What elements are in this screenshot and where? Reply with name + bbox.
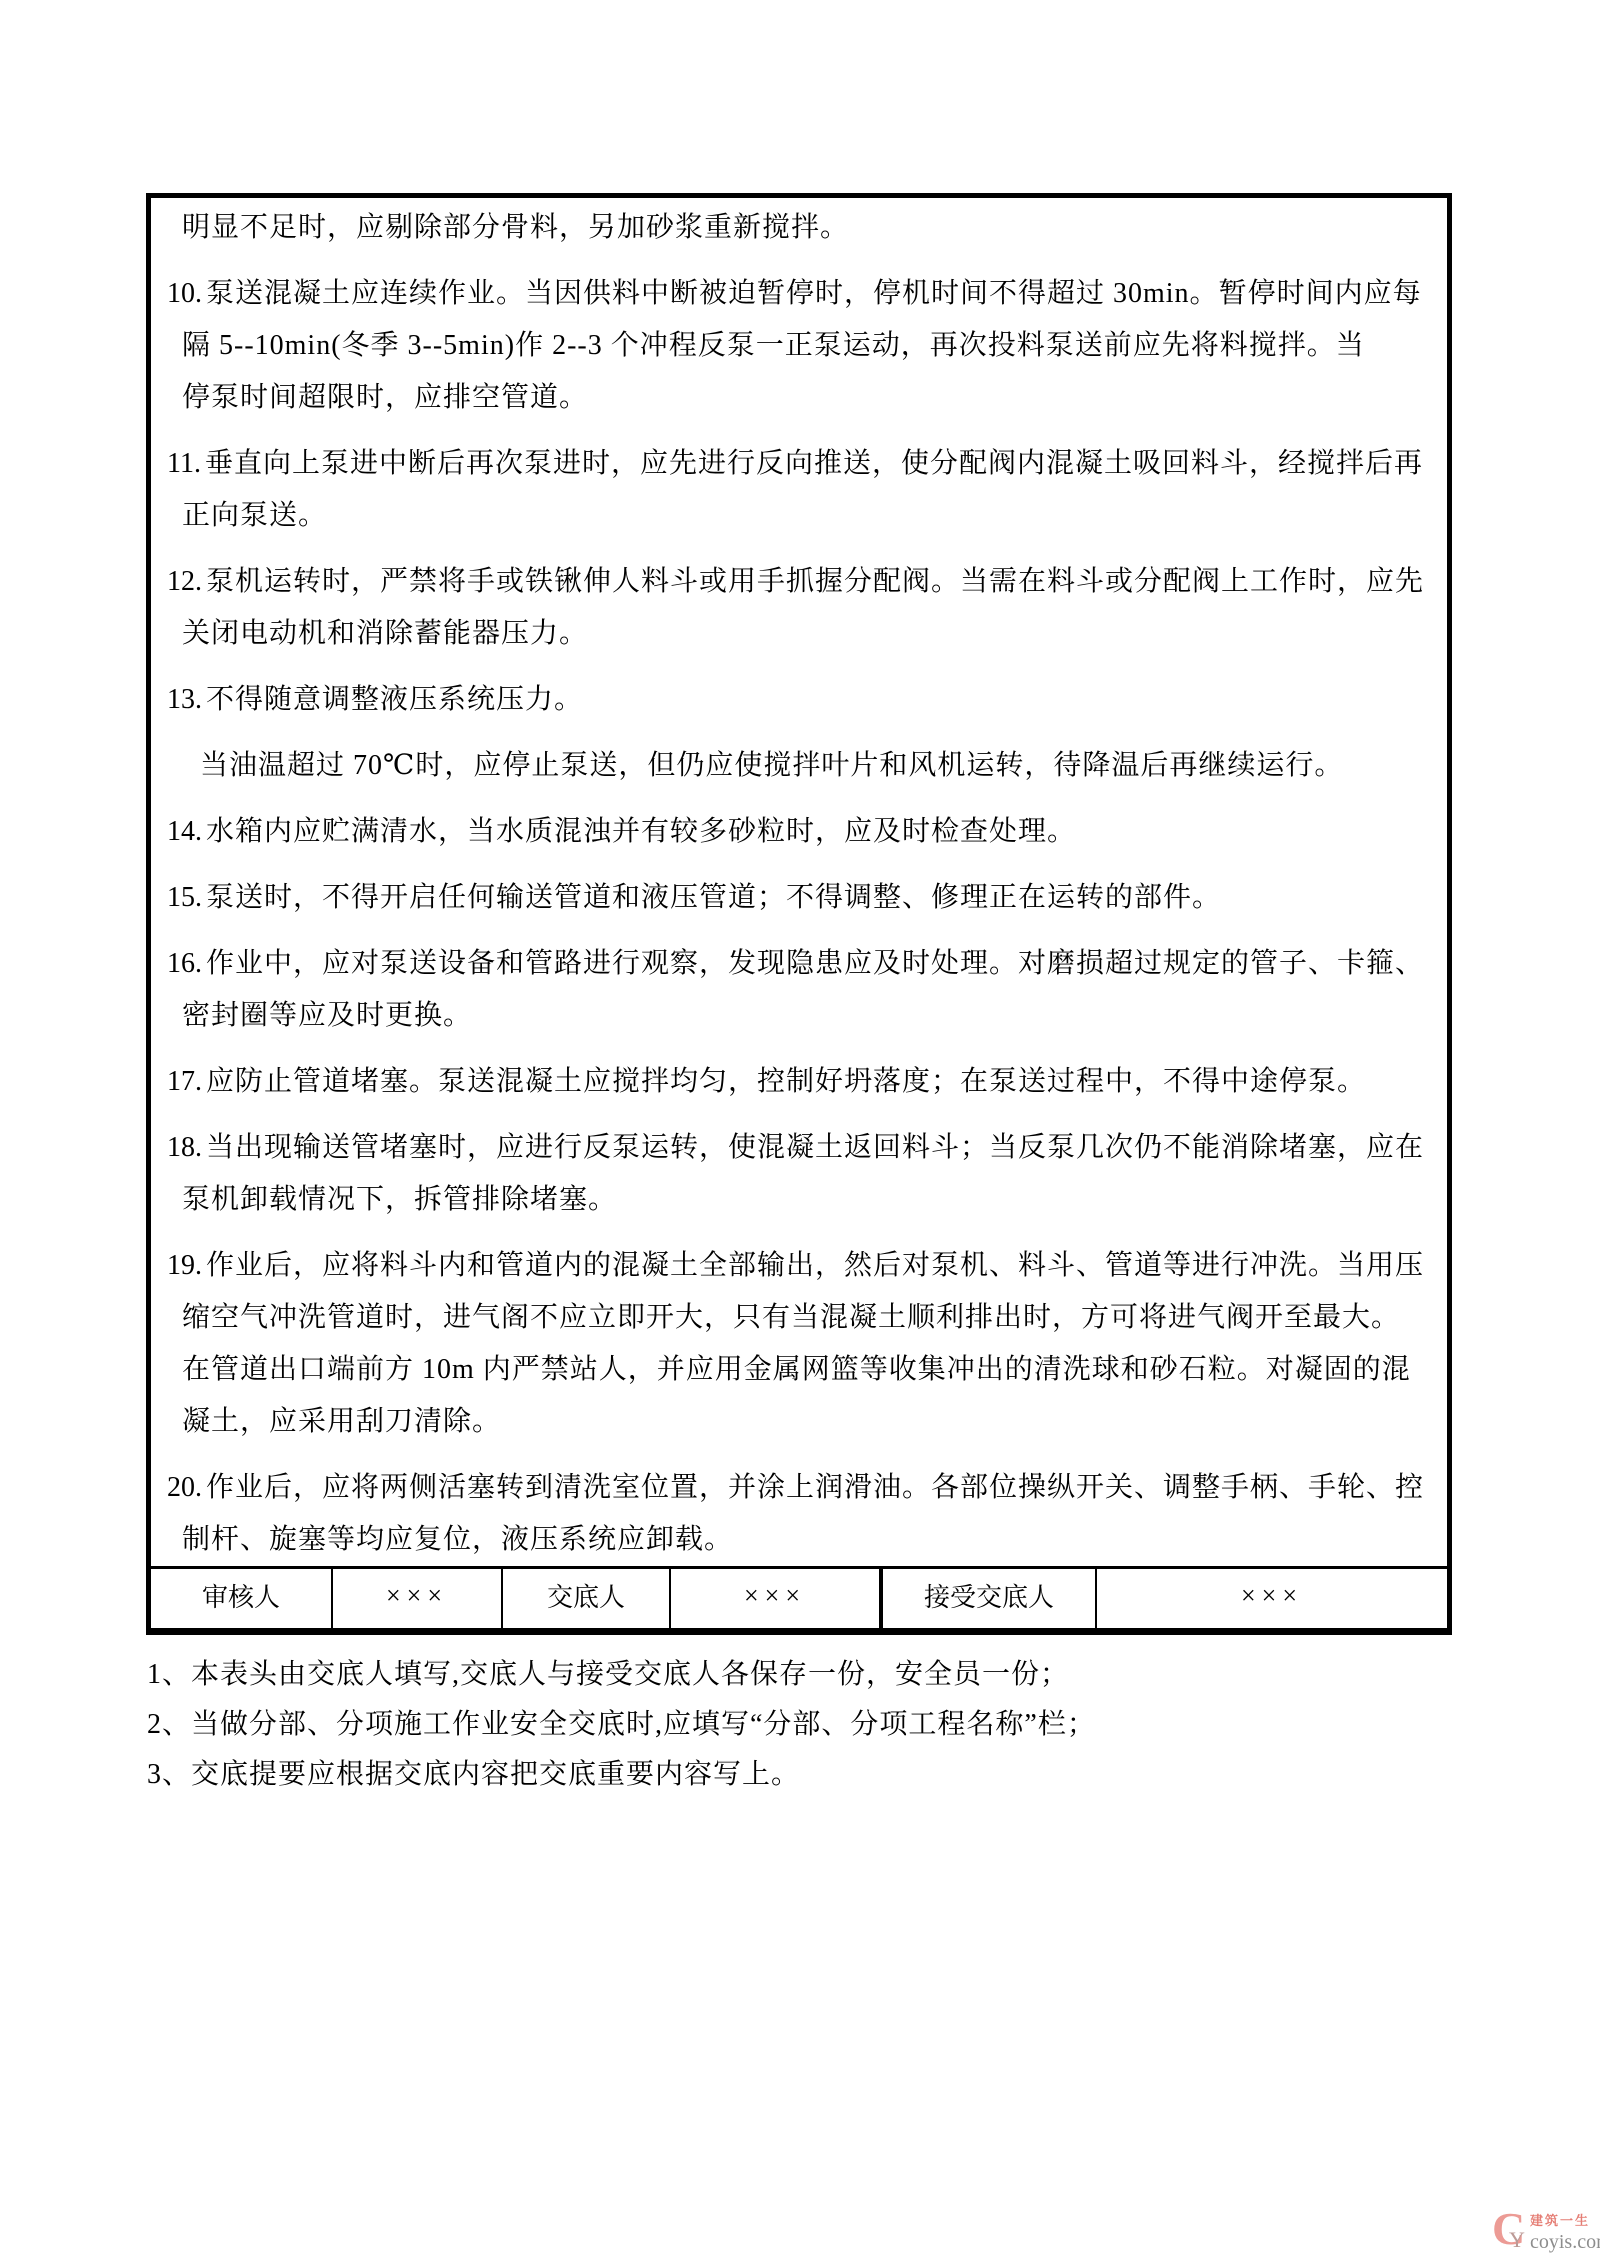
line-text: 作业后，应将两侧活塞转到清洗室位置，并涂上润滑油。各部位操纵开关、调整手柄、手轮… xyxy=(206,1472,1424,1503)
line-text: 水箱内应贮满清水，当水质混浊并有较多砂粒时，应及时检查处理。 xyxy=(206,816,1076,847)
watermark-site: coyis.com xyxy=(1530,2231,1600,2253)
footnotes: 1、本表头由交底人填写,交底人与接受交底人各保存一份，安全员一份； 2、当做分部… xyxy=(147,1650,1467,1800)
body-line: 凝土，应采用刮刀清除。 xyxy=(167,1396,1429,1448)
body-line: 10.泵送混凝土应连续作业。当因供料中断被迫暂停时，停机时间不得超过 30min… xyxy=(167,268,1429,320)
watermark-y-logo-icon: Y xyxy=(1509,2229,1525,2251)
sign-cell-receiver-label: 接受交底人 xyxy=(883,1569,1097,1628)
note-line: 3、交底提要应根据交底内容把交底重要内容写上。 xyxy=(147,1750,1467,1800)
item-number: 20. xyxy=(167,1472,206,1503)
body-line: 泵机卸载情况下，拆管排除堵塞。 xyxy=(167,1174,1429,1226)
body-line: 密封圈等应及时更换。 xyxy=(167,990,1429,1042)
item-number: 14. xyxy=(167,816,206,847)
item-number: 15. xyxy=(167,882,206,913)
paragraph: 17.应防止管道堵塞。泵送混凝土应搅拌均匀，控制好坍落度；在泵送过程中，不得中途… xyxy=(167,1056,1429,1108)
note-line: 2、当做分部、分项施工作业安全交底时,应填写“分部、分项工程名称”栏； xyxy=(147,1700,1467,1750)
page: { "doc": { "paragraphs": [ { "lines": ["… xyxy=(0,0,1600,2262)
sign-cell-reviewer-value: ××× xyxy=(333,1569,503,1628)
paragraph: 20.作业后，应将两侧活塞转到清洗室位置，并涂上润滑油。各部位操纵开关、调整手柄… xyxy=(167,1462,1429,1566)
paragraph: 18.当出现输送管堵塞时，应进行反泵运转，使混凝土返回料斗；当反泵几次仍不能消除… xyxy=(167,1122,1429,1226)
item-number: 10. xyxy=(167,278,206,309)
line-text: 泵送混凝土应连续作业。当因供料中断被迫暂停时，停机时间不得超过 30min。暂停… xyxy=(206,278,1422,309)
sign-cell-discloser-value: ××× xyxy=(671,1569,883,1628)
item-number: 16. xyxy=(167,948,206,979)
line-text: 泵机运转时，严禁将手或铁锹伸人料斗或用手抓握分配阀。当需在料斗或分配阀上工作时，… xyxy=(206,566,1424,597)
paragraph: 当油温超过 70℃时，应停止泵送，但仍应使搅拌叶片和风机运转，待降温后再继续运行… xyxy=(167,740,1429,792)
body-line: 停泵时间超限时，应排空管道。 xyxy=(167,372,1429,424)
body-line: 16.作业中，应对泵送设备和管路进行观察，发现隐患应及时处理。对磨损超过规定的管… xyxy=(167,938,1429,990)
sign-cell-receiver-value: ××× xyxy=(1097,1569,1447,1628)
body-line: 19.作业后，应将料斗内和管道内的混凝土全部输出，然后对泵机、料斗、管道等进行冲… xyxy=(167,1240,1429,1292)
document-box: 明显不足时，应剔除部分骨料，另加砂浆重新搅拌。 10.泵送混凝土应连续作业。当因… xyxy=(146,193,1452,1635)
paragraph: 12.泵机运转时，严禁将手或铁锹伸人料斗或用手抓握分配阀。当需在料斗或分配阀上工… xyxy=(167,556,1429,660)
paragraph: 16.作业中，应对泵送设备和管路进行观察，发现隐患应及时处理。对磨损超过规定的管… xyxy=(167,938,1429,1042)
note-line: 1、本表头由交底人填写,交底人与接受交底人各保存一份，安全员一份； xyxy=(147,1650,1467,1700)
line-text: 不得随意调整液压系统压力。 xyxy=(206,684,583,715)
item-number: 17. xyxy=(167,1066,206,1097)
paragraph: 明显不足时，应剔除部分骨料，另加砂浆重新搅拌。 xyxy=(167,202,1429,254)
body-line: 20.作业后，应将两侧活塞转到清洗室位置，并涂上润滑油。各部位操纵开关、调整手柄… xyxy=(167,1462,1429,1514)
line-text: 作业后，应将料斗内和管道内的混凝土全部输出，然后对泵机、料斗、管道等进行冲洗。当… xyxy=(206,1250,1424,1281)
line-text: 作业中，应对泵送设备和管路进行观察，发现隐患应及时处理。对磨损超过规定的管子、卡… xyxy=(206,948,1424,979)
paragraph: 10.泵送混凝土应连续作业。当因供料中断被迫暂停时，停机时间不得超过 30min… xyxy=(167,268,1429,424)
item-number: 11. xyxy=(167,448,205,479)
paragraph: 11.垂直向上泵进中断后再次泵进时，应先进行反向推送，使分配阀内混凝土吸回料斗，… xyxy=(167,438,1429,542)
line-text: 应防止管道堵塞。泵送混凝土应搅拌均匀，控制好坍落度；在泵送过程中，不得中途停泵。 xyxy=(206,1066,1366,1097)
body-line: 明显不足时，应剔除部分骨料，另加砂浆重新搅拌。 xyxy=(167,202,1429,254)
paragraph: 19.作业后，应将料斗内和管道内的混凝土全部输出，然后对泵机、料斗、管道等进行冲… xyxy=(167,1240,1429,1448)
body-line: 13.不得随意调整液压系统压力。 xyxy=(167,674,1429,726)
document-body: 明显不足时，应剔除部分骨料，另加砂浆重新搅拌。 10.泵送混凝土应连续作业。当因… xyxy=(151,198,1447,1566)
body-line: 15.泵送时，不得开启任何输送管道和液压管道；不得调整、修理正在运转的部件。 xyxy=(167,872,1429,924)
watermark-brand: 建筑一生 xyxy=(1530,2214,1590,2227)
item-number: 13. xyxy=(167,684,206,715)
body-line: 11.垂直向上泵进中断后再次泵进时，应先进行反向推送，使分配阀内混凝土吸回料斗，… xyxy=(167,438,1429,490)
line-text: 当出现输送管堵塞时，应进行反泵运转，使混凝土返回料斗；当反泵几次仍不能消除堵塞，… xyxy=(206,1132,1424,1163)
body-line: 在管道出口端前方 10m 内严禁站人，并应用金属网篮等收集冲出的清洗球和砂石粒。… xyxy=(167,1344,1429,1396)
paragraph: 14.水箱内应贮满清水，当水质混浊并有较多砂粒时，应及时检查处理。 xyxy=(167,806,1429,858)
watermark: C Y 建筑一生 coyis.com xyxy=(1492,2210,1598,2260)
item-number: 19. xyxy=(167,1250,206,1281)
body-line: 当油温超过 70℃时，应停止泵送，但仍应使搅拌叶片和风机运转，待降温后再继续运行… xyxy=(167,740,1429,792)
sign-cell-reviewer-label: 审核人 xyxy=(151,1569,333,1628)
line-text: 垂直向上泵进中断后再次泵进时，应先进行反向推送，使分配阀内混凝土吸回料斗，经搅拌… xyxy=(205,448,1423,479)
body-line: 缩空气冲洗管道时，进气阁不应立即开大，只有当混凝土顺利排出时，方可将进气阀开至最… xyxy=(167,1292,1429,1344)
body-line: 12.泵机运转时，严禁将手或铁锹伸人料斗或用手抓握分配阀。当需在料斗或分配阀上工… xyxy=(167,556,1429,608)
body-line: 隔 5--10min(冬季 3--5min)作 2--3 个冲程反泵一正泵运动，… xyxy=(167,320,1429,372)
item-number: 18. xyxy=(167,1132,206,1163)
body-line: 18.当出现输送管堵塞时，应进行反泵运转，使混凝土返回料斗；当反泵几次仍不能消除… xyxy=(167,1122,1429,1174)
paragraph: 15.泵送时，不得开启任何输送管道和液压管道；不得调整、修理正在运转的部件。 xyxy=(167,872,1429,924)
body-line: 17.应防止管道堵塞。泵送混凝土应搅拌均匀，控制好坍落度；在泵送过程中，不得中途… xyxy=(167,1056,1429,1108)
sign-table: 审核人 ××× 交底人 ××× 接受交底人 ××× xyxy=(151,1566,1447,1628)
body-line: 正向泵送。 xyxy=(167,490,1429,542)
sign-cell-discloser-label: 交底人 xyxy=(503,1569,671,1628)
body-line: 制杆、旋塞等均应复位，液压系统应卸载。 xyxy=(167,1514,1429,1566)
paragraph: 13.不得随意调整液压系统压力。 xyxy=(167,674,1429,726)
body-line: 14.水箱内应贮满清水，当水质混浊并有较多砂粒时，应及时检查处理。 xyxy=(167,806,1429,858)
line-text: 泵送时，不得开启任何输送管道和液压管道；不得调整、修理正在运转的部件。 xyxy=(206,882,1221,913)
item-number: 12. xyxy=(167,566,206,597)
body-line: 关闭电动机和消除蓄能器压力。 xyxy=(167,608,1429,660)
